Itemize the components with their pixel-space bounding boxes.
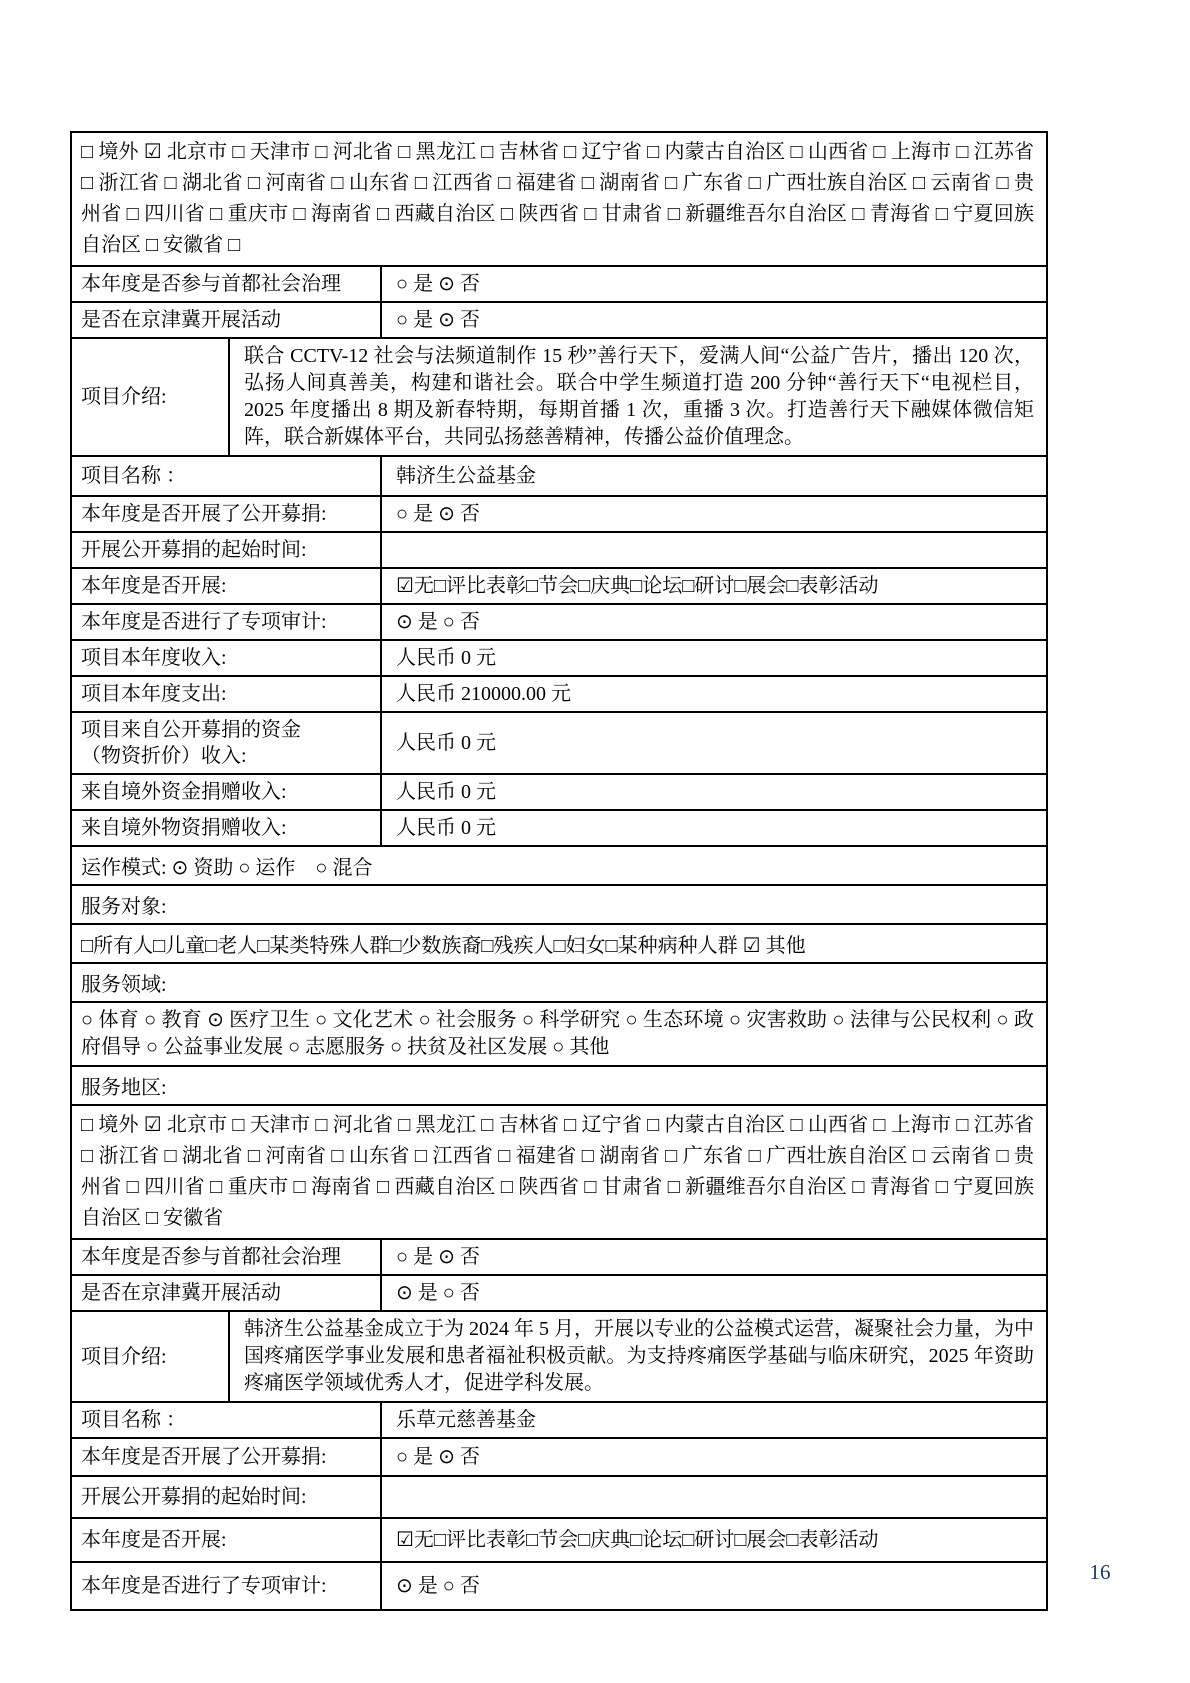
overseas-goods-income-value: 人民币 0 元 [382, 811, 1046, 845]
service-target-label: 服务对象: [72, 886, 1046, 923]
page-number: 16 [1078, 1560, 1122, 1585]
capital-governance-answer: ○ 是 ⊙ 否 [382, 267, 1046, 301]
public-fundraising-answer: ○ 是 ⊙ 否 [382, 1439, 1046, 1475]
annual-expense-label: 项目本年度支出: [72, 677, 382, 711]
row-annual-income: 项目本年度收入: 人民币 0 元 [72, 639, 1046, 675]
row-project-name-2: 项目名称 ： 乐草元慈善基金 [72, 1401, 1046, 1437]
fundraising-start-label: 开展公开募捐的起始时间: [72, 533, 382, 567]
public-fundraising-answer: ○ 是 ⊙ 否 [382, 497, 1046, 531]
project-form-table: □ 境外 ☑ 北京市 □ 天津市 □ 河北省 □ 黑龙江 □ 吉林省 □ 辽宁省… [70, 131, 1048, 1611]
annual-expense-value: 人民币 210000.00 元 [382, 677, 1046, 711]
fundraising-start-value [382, 1477, 1046, 1517]
special-audit-answer: ⊙ 是 ○ 否 [382, 605, 1046, 639]
project-intro-label: 项目介绍: [72, 339, 230, 455]
service-area-checkbox-list: □ 境外 ☑ 北京市 □ 天津市 □ 河北省 □ 黑龙江 □ 吉林省 □ 辽宁省… [81, 137, 1034, 261]
row-service-target-label: 服务对象: [72, 884, 1046, 923]
project-name-label: 项目名称 ： [72, 457, 382, 495]
row-fundraising-start-2: 开展公开募捐的起始时间: [72, 1475, 1046, 1517]
row-events-held-2: 本年度是否开展: ☑无□评比表彰□节会□庆典□论坛□研讨□展会□表彰活动 [72, 1517, 1046, 1561]
annual-income-value: 人民币 0 元 [382, 641, 1046, 675]
fundraising-start-value [382, 533, 1046, 567]
overseas-goods-income-label: 来自境外物资捐赠收入: [72, 811, 382, 845]
row-jingjinji-1: 是否在京津冀开展活动 ⊙ 是 ○ 否 [72, 1274, 1046, 1310]
events-held-label: 本年度是否开展: [72, 569, 382, 603]
overseas-fund-income-value: 人民币 0 元 [382, 775, 1046, 809]
row-overseas-fund-income: 来自境外资金捐赠收入: 人民币 0 元 [72, 773, 1046, 809]
operation-mode-radio-group: 运作模式: ⊙ 资助 ○ 运作 ○ 混合 [72, 847, 1046, 884]
row-events-held-1: 本年度是否开展: ☑无□评比表彰□节会□庆典□论坛□研讨□展会□表彰活动 [72, 567, 1046, 603]
jingjinji-label: 是否在京津冀开展活动 [72, 1276, 382, 1310]
public-fund-income-label-line1: 项目来自公开募捐的资金 [81, 717, 374, 743]
row-service-field-label: 服务领域: [72, 962, 1046, 1001]
project-intro-text: 韩济生公益基金成立于为 2024 年 5 月，开展以专业的公益模式运营，凝聚社会… [244, 1316, 1034, 1397]
service-field-radio-group: ○ 体育 ○ 教育 ⊙ 医疗卫生 ○ 文化艺术 ○ 社会服务 ○ 科学研究 ○ … [81, 1007, 1034, 1061]
events-held-checkbox-list: ☑无□评比表彰□节会□庆典□论坛□研讨□展会□表彰活动 [382, 1519, 1046, 1561]
jingjinji-label: 是否在京津冀开展活动 [72, 303, 382, 337]
row-project-intro-1: 项目介绍: 韩济生公益基金成立于为 2024 年 5 月，开展以专业的公益模式运… [72, 1310, 1046, 1401]
row-special-audit-2: 本年度是否进行了专项审计: ⊙ 是 ○ 否 [72, 1561, 1046, 1609]
public-fund-income-label-line2: （物资折价）收入: [81, 743, 374, 769]
special-audit-label: 本年度是否进行了专项审计: [72, 605, 382, 639]
project-intro-text: 联合 CCTV-12 社会与法频道制作 15 秒”善行天下，爱满人间“公益广告片… [244, 343, 1034, 451]
events-held-checkbox-list: ☑无□评比表彰□节会□庆典□论坛□研讨□展会□表彰活动 [382, 569, 1046, 603]
service-area-checkbox-list: □ 境外 ☑ 北京市 □ 天津市 □ 河北省 □ 黑龙江 □ 吉林省 □ 辽宁省… [81, 1110, 1034, 1234]
row-fundraising-start-1: 开展公开募捐的起始时间: [72, 531, 1046, 567]
capital-governance-label: 本年度是否参与首都社会治理 [72, 1240, 382, 1274]
special-audit-answer: ⊙ 是 ○ 否 [382, 1563, 1046, 1609]
row-overseas-goods-income: 来自境外物资捐赠收入: 人民币 0 元 [72, 809, 1046, 845]
row-service-field-options: ○ 体育 ○ 教育 ⊙ 医疗卫生 ○ 文化艺术 ○ 社会服务 ○ 科学研究 ○ … [72, 1001, 1046, 1065]
row-public-fund-income: 项目来自公开募捐的资金 （物资折价）收入: 人民币 0 元 [72, 711, 1046, 773]
project-name-label: 项目名称 ： [72, 1403, 382, 1437]
service-area-label: 服务地区: [72, 1067, 1046, 1104]
row-special-audit-1: 本年度是否进行了专项审计: ⊙ 是 ○ 否 [72, 603, 1046, 639]
row-capital-governance-prev: 本年度是否参与首都社会治理 ○ 是 ⊙ 否 [72, 265, 1046, 301]
row-capital-governance-1: 本年度是否参与首都社会治理 ○ 是 ⊙ 否 [72, 1238, 1046, 1274]
row-service-area-1: □ 境外 ☑ 北京市 □ 天津市 □ 河北省 □ 黑龙江 □ 吉林省 □ 辽宁省… [72, 1104, 1046, 1238]
row-service-area-continued: □ 境外 ☑ 北京市 □ 天津市 □ 河北省 □ 黑龙江 □ 吉林省 □ 辽宁省… [72, 133, 1046, 265]
events-held-label: 本年度是否开展: [72, 1519, 382, 1561]
row-project-intro-prev: 项目介绍: 联合 CCTV-12 社会与法频道制作 15 秒”善行天下，爱满人间… [72, 337, 1046, 455]
overseas-fund-income-label: 来自境外资金捐赠收入: [72, 775, 382, 809]
capital-governance-answer: ○ 是 ⊙ 否 [382, 1240, 1046, 1274]
project-name-value: 乐草元慈善基金 [382, 1403, 1046, 1437]
annual-income-label: 项目本年度收入: [72, 641, 382, 675]
document-page: □ 境外 ☑ 北京市 □ 天津市 □ 河北省 □ 黑龙江 □ 吉林省 □ 辽宁省… [0, 0, 1190, 1683]
row-annual-expense: 项目本年度支出: 人民币 210000.00 元 [72, 675, 1046, 711]
row-service-target-options: □所有人□儿童□老人□某类特殊人群□少数族裔□残疾人□妇女□某种病种人群 ☑ 其… [72, 923, 1046, 962]
row-public-fundraising-2: 本年度是否开展了公开募捐: ○ 是 ⊙ 否 [72, 1437, 1046, 1475]
public-fund-income-value: 人民币 0 元 [382, 713, 1046, 773]
public-fundraising-label: 本年度是否开展了公开募捐: [72, 1439, 382, 1475]
service-field-label: 服务领域: [72, 964, 1046, 1001]
capital-governance-label: 本年度是否参与首都社会治理 [72, 267, 382, 301]
jingjinji-answer: ○ 是 ⊙ 否 [382, 303, 1046, 337]
service-target-checkbox-list: □所有人□儿童□老人□某类特殊人群□少数族裔□残疾人□妇女□某种病种人群 ☑ 其… [72, 925, 1046, 962]
row-public-fundraising-1: 本年度是否开展了公开募捐: ○ 是 ⊙ 否 [72, 495, 1046, 531]
jingjinji-answer: ⊙ 是 ○ 否 [382, 1276, 1046, 1310]
project-name-value: 韩济生公益基金 [382, 457, 1046, 495]
public-fundraising-label: 本年度是否开展了公开募捐: [72, 497, 382, 531]
fundraising-start-label: 开展公开募捐的起始时间: [72, 1477, 382, 1517]
special-audit-label: 本年度是否进行了专项审计: [72, 1563, 382, 1609]
row-jingjinji-prev: 是否在京津冀开展活动 ○ 是 ⊙ 否 [72, 301, 1046, 337]
row-project-name-1: 项目名称 ： 韩济生公益基金 [72, 455, 1046, 495]
project-intro-label: 项目介绍: [72, 1312, 230, 1401]
row-operation-mode: 运作模式: ⊙ 资助 ○ 运作 ○ 混合 [72, 845, 1046, 884]
row-service-area-label: 服务地区: [72, 1065, 1046, 1104]
